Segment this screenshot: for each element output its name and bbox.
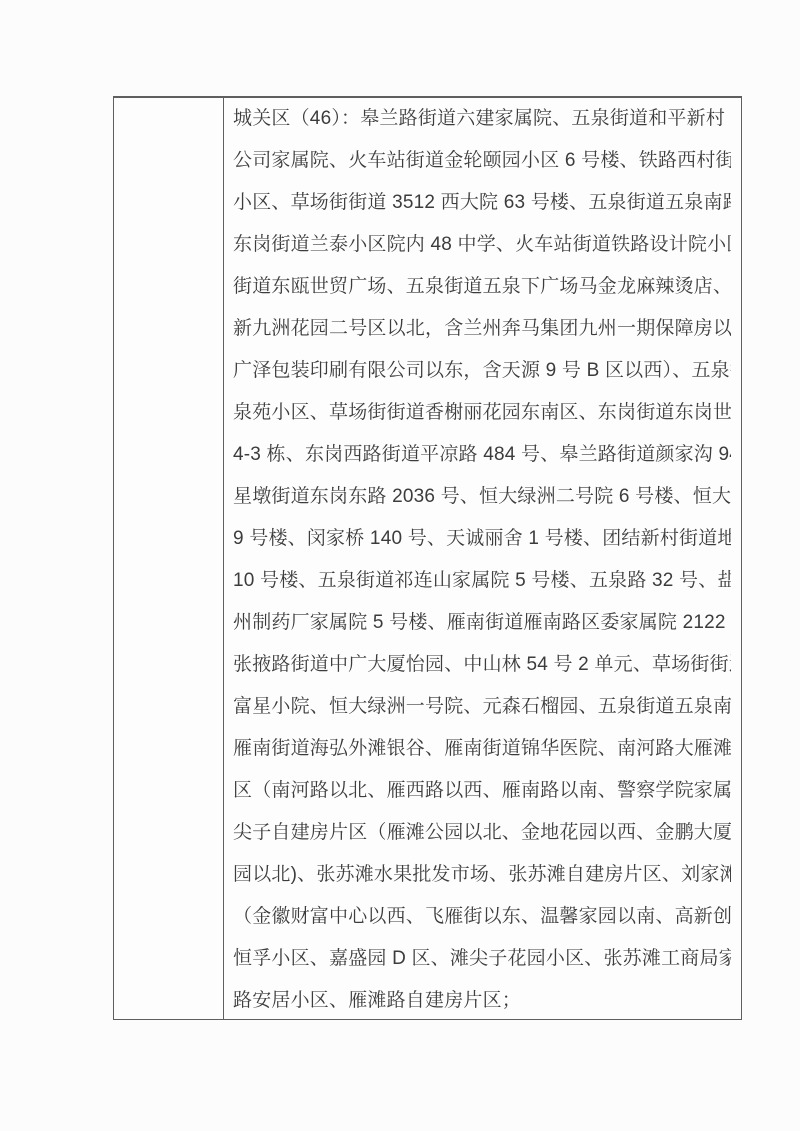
table-content-cell: 城关区（46）：皋兰路街道六建家属院、五泉街道和平新村 19 号火电公司家属院、… xyxy=(224,98,741,1019)
text-line: 东岗街道兰泰小区院内 48 中学、火车站街道铁路设计院小区、嘉峪关路 xyxy=(233,224,731,266)
text-line: 广泽包装印刷有限公司以东，含天源 9 号 B 区以西）、五泉街道中信倚 xyxy=(233,350,731,392)
text-line: 张掖路街道中广大厦怡园、中山林 54 号 2 单元、草场街街道白土巷、 xyxy=(233,644,731,686)
text-line: 新九洲花园二号区以北，含兰州奔马集团九州一期保障房以南，含兰州 xyxy=(233,308,731,350)
text-line: 小区、草场街街道 3512 西大院 63 号楼、五泉街道五泉南路 117 号、 xyxy=(233,182,731,224)
text-line: 10 号楼、五泉街道祁连山家属院 5 号楼、五泉路 32 号、盐场路街道兰 xyxy=(233,560,731,602)
text-line: 城关区（46）：皋兰路街道六建家属院、五泉街道和平新村 19 号火电 xyxy=(233,98,731,140)
text-line: 园以北)、张苏滩水果批发市场、张苏滩自建房片区、刘家滩自建房片区 xyxy=(233,854,731,896)
text-line: 街道东瓯世贸广场、五泉街道五泉下广场马金龙麻辣烫店、九洲片区（含 xyxy=(233,266,731,308)
text-line: 恒孚小区、嘉盛园 D 区、滩尖子花园小区、张苏滩工商局家属院、雁南 xyxy=(233,938,731,980)
text-line: 星墩街道东岗东路 2036 号、恒大绿洲二号院 6 号楼、恒大绿洲二号院 xyxy=(233,476,731,518)
text-line: 富星小院、恒大绿洲一号院、元森石榴园、五泉街道五泉南路润翠园、 xyxy=(233,686,731,728)
text-line: 公司家属院、火车站街道金轮颐园小区 6 号楼、铁路西村街道达祥南苑 xyxy=(233,140,731,182)
text-line: 州制药厂家属院 5 号楼、雁南街道雁南路区委家属院 2122 号 9 号楼、 xyxy=(233,602,731,644)
table-label-cell xyxy=(114,98,224,1019)
text-line: 区（南河路以北、雁西路以西、雁南路以南、警察学院家属院以东)、滩 xyxy=(233,770,731,812)
text-line: 4-3 栋、东岗西路街道平凉路 484 号、皋兰路街道颜家沟 94-98 号、拱 xyxy=(233,434,731,476)
text-line: 雁南街道海弘外滩银谷、雁南街道锦华医院、南河路大雁滩村自建房片 xyxy=(233,728,731,770)
text-line: 路安居小区、雁滩路自建房片区； xyxy=(233,980,731,1019)
text-line: 9 号楼、闵家桥 140 号、天诚丽舍 1 号楼、团结新村街道地矿之家东院 xyxy=(233,518,731,560)
text-line: （金徽财富中心以西、飞雁街以东、温馨家园以南、高新创新园区以北)、 xyxy=(233,896,731,938)
document-page: 城关区（46）：皋兰路街道六建家属院、五泉街道和平新村 19 号火电公司家属院、… xyxy=(0,0,800,1131)
district-area-table: 城关区（46）：皋兰路街道六建家属院、五泉街道和平新村 19 号火电公司家属院、… xyxy=(113,96,742,1020)
text-line: 尖子自建房片区（雁滩公园以北、金地花园以西、金鹏大厦以北、嘉盛 xyxy=(233,812,731,854)
text-line: 泉苑小区、草场街街道香榭丽花园东南区、东岗街道东岗世纪新村 D 区 xyxy=(233,392,731,434)
